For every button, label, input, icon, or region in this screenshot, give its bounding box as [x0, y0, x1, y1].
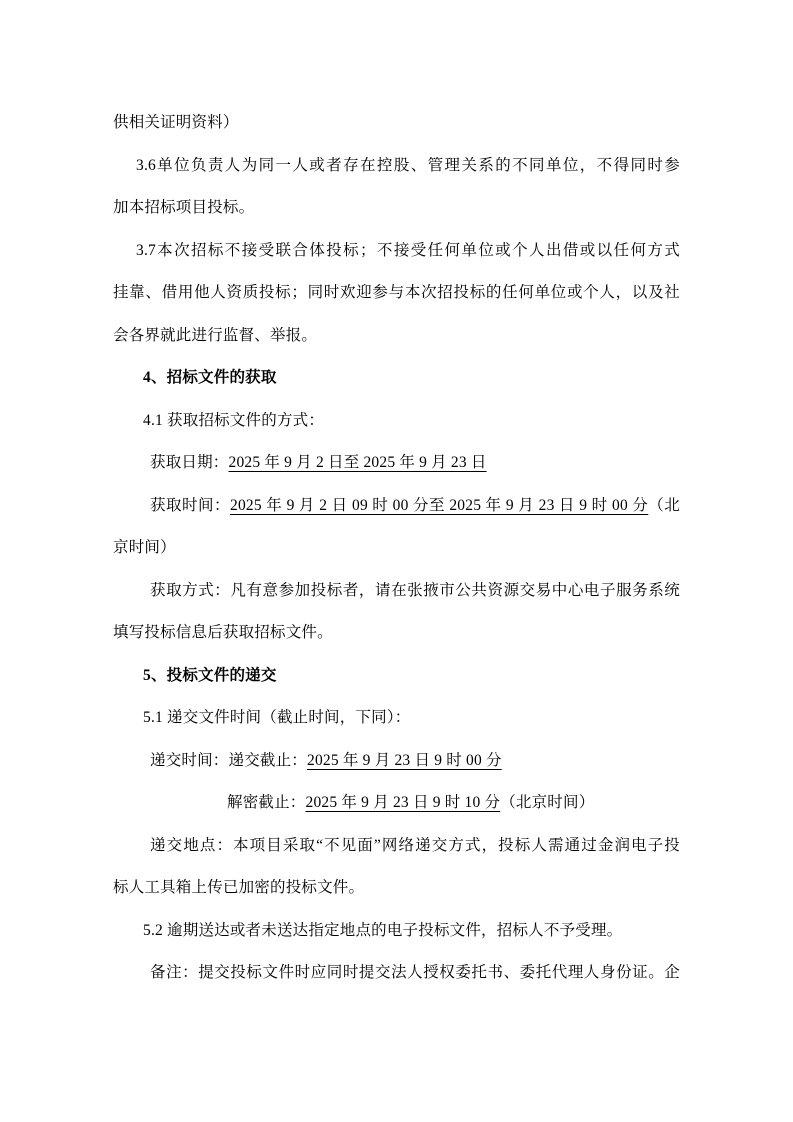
section-5-heading: 5、投标文件的递交 [113, 655, 680, 698]
text-segment: 4.1 获取招标文件的方式： [143, 412, 324, 429]
text-segment: 递交时间：递交截止： [150, 752, 307, 769]
text-segment: 获取方式：凡有意参加投标者，请在张掖市公共资源交易中心电子服务系统 [150, 582, 680, 599]
text-segment: 获取时间： [150, 497, 230, 514]
text-segment: 3.6单位负责人为同一人或者存在控股、管理关系的不同单位，不得同时参 [136, 157, 680, 174]
text-segment: 加本招标项目投标。 [113, 199, 254, 216]
text-segment: 获取日期： [150, 454, 229, 471]
text-segment: 3.7本次招标不接受联合体投标；不接受任何单位或个人出借或以任何方式 [136, 242, 680, 259]
remark-line-1: 备注：提交投标文件时应同时提交法人授权委托书、委托代理人身份证。企 [113, 952, 680, 995]
underlined-value: 2025 年 9 月 2 日至 2025 年 9 月 23 日 [229, 454, 487, 471]
section-4-heading: 4、招标文件的获取 [113, 357, 680, 400]
text-segment: 标人工具箱上传已加密的投标文件。 [113, 879, 364, 896]
para-3.7-line-2: 挂靠、借用他人资质投标；同时欢迎参与本次招投标的任何单位或个人，以及社 [113, 272, 680, 315]
text-segment: 5.2 逾期送达或者未送达指定地点的电子投标文件，招标人不予受理。 [143, 922, 622, 939]
para-5.2: 5.2 逾期送达或者未送达指定地点的电子投标文件，招标人不予受理。 [113, 910, 680, 953]
submission-place-line-2: 标人工具箱上传已加密的投标文件。 [113, 867, 680, 910]
text-segment: 解密截止： [227, 794, 306, 811]
text-segment: 会各界就此进行监督、举报。 [113, 327, 317, 344]
underlined-value: 2025 年 9 月 23 日 9 时 10 分 [306, 794, 501, 811]
decryption-deadline-line: 解密截止：2025 年 9 月 23 日 9 时 10 分（北京时间） [113, 782, 680, 825]
text-segment: 挂靠、借用他人资质投标；同时欢迎参与本次招投标的任何单位或个人，以及社 [113, 284, 680, 301]
text-segment: 递交地点：本项目采取“不见面”网络递交方式，投标人需通过金润电子投 [150, 837, 680, 854]
text-segment: 填写投标信息后获取招标文件。 [113, 624, 333, 641]
underlined-value: 2025 年 9 月 2 日 09 时 00 分至 2025 年 9 月 23 … [230, 497, 648, 514]
text-segment: 京时间） [113, 539, 176, 556]
acquisition-time-line-1: 获取时间：2025 年 9 月 2 日 09 时 00 分至 2025 年 9 … [113, 485, 680, 528]
document-body: 供相关证明资料）3.6单位负责人为同一人或者存在控股、管理关系的不同单位，不得同… [0, 0, 793, 995]
text-segment: 5、投标文件的递交 [143, 667, 277, 684]
text-segment: 5.1 递交文件时间（截止时间，下同）： [143, 709, 411, 726]
acquisition-date-line: 获取日期：2025 年 9 月 2 日至 2025 年 9 月 23 日 [113, 442, 680, 485]
text-segment: （北京时间） [500, 794, 594, 811]
para-3.6-line-2: 加本招标项目投标。 [113, 187, 680, 230]
para-3.7-line-1: 3.7本次招标不接受联合体投标；不接受任何单位或个人出借或以任何方式 [113, 230, 680, 273]
underlined-value: 2025 年 9 月 23 日 9 时 00 分 [307, 752, 502, 769]
acquisition-method-line-2: 填写投标信息后获取招标文件。 [113, 612, 680, 655]
para-3.5-continuation: 供相关证明资料） [113, 102, 680, 145]
submission-deadline-line: 递交时间：递交截止：2025 年 9 月 23 日 9 时 00 分 [113, 740, 680, 783]
para-3.7-line-3: 会各界就此进行监督、举报。 [113, 315, 680, 358]
para-4.1: 4.1 获取招标文件的方式： [113, 400, 680, 443]
text-segment: 4、招标文件的获取 [143, 369, 277, 386]
para-5.1: 5.1 递交文件时间（截止时间，下同）： [113, 697, 680, 740]
submission-place-line-1: 递交地点：本项目采取“不见面”网络递交方式，投标人需通过金润电子投 [113, 825, 680, 868]
acquisition-time-line-2: 京时间） [113, 527, 680, 570]
para-3.6-line-1: 3.6单位负责人为同一人或者存在控股、管理关系的不同单位，不得同时参 [113, 145, 680, 188]
text-segment: （北 [648, 497, 680, 514]
text-segment: 供相关证明资料） [113, 114, 239, 131]
acquisition-method-line-1: 获取方式：凡有意参加投标者，请在张掖市公共资源交易中心电子服务系统 [113, 570, 680, 613]
text-segment: 备注：提交投标文件时应同时提交法人授权委托书、委托代理人身份证。企 [150, 964, 680, 981]
document-page: 供相关证明资料）3.6单位负责人为同一人或者存在控股、管理关系的不同单位，不得同… [0, 0, 793, 1122]
